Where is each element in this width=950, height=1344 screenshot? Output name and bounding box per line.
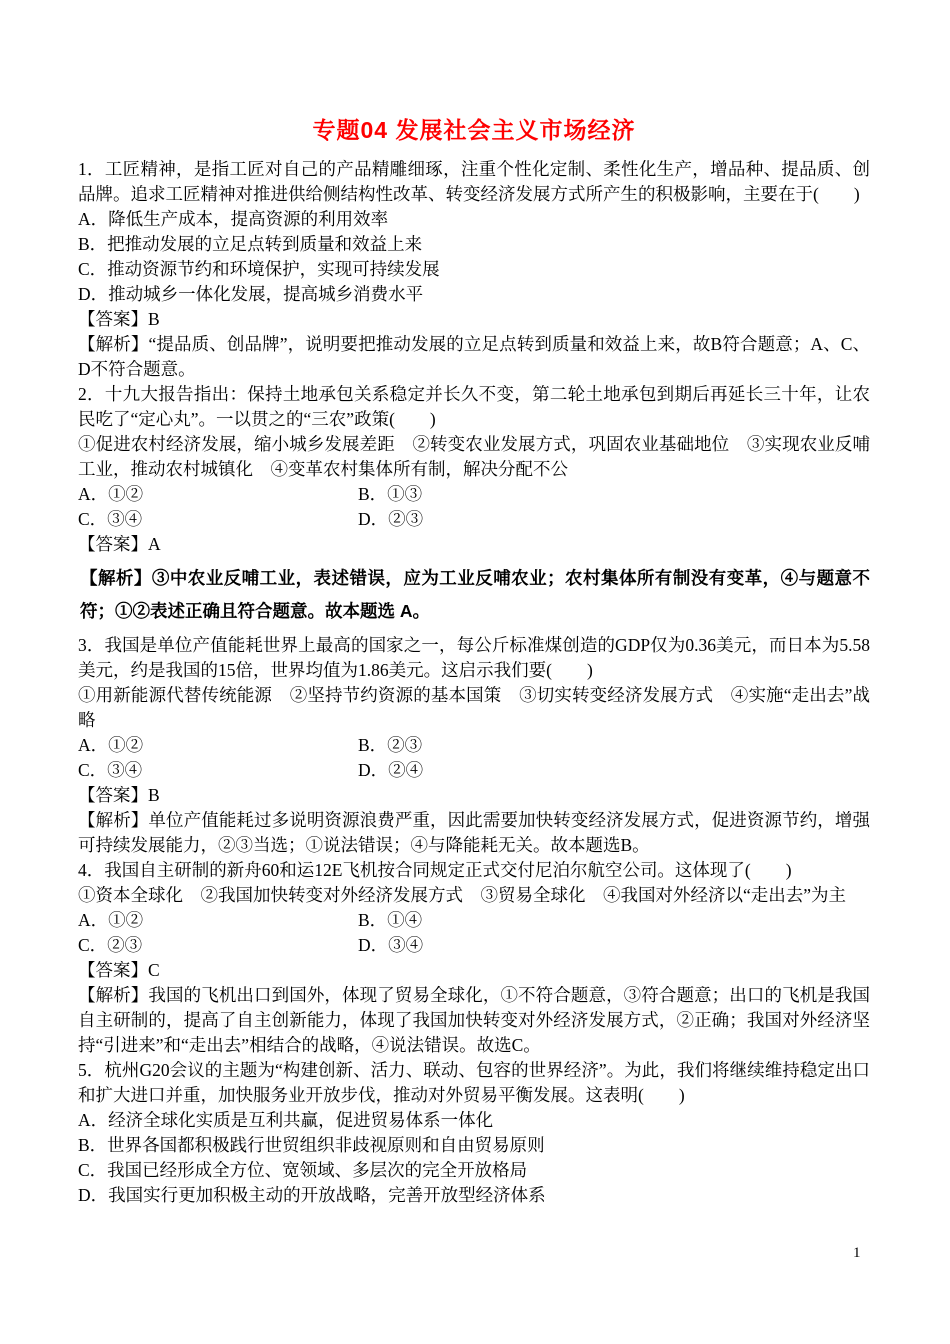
option-left: C．③④ bbox=[78, 758, 358, 783]
question-3: 3．我国是单位产值能耗世界上最高的国家之一，每公斤标准煤创造的GDP仅为0.36… bbox=[78, 633, 870, 858]
answer-line: 【答案】A bbox=[78, 532, 870, 557]
option-right: D．②③ bbox=[358, 507, 870, 532]
option-right: B．①④ bbox=[358, 908, 870, 933]
option-right: B．②③ bbox=[358, 733, 870, 758]
question-2: 2．十九大报告指出：保持土地承包关系稳定并长久不变，第二轮土地承包到期后再延长三… bbox=[78, 382, 870, 628]
question-stem: 1．工匠精神，是指工匠对自己的产品精雕细琢，注重个性化定制、柔性化生产，增品种、… bbox=[78, 157, 870, 207]
explanation-line: 【解析】我国的飞机出口到国外，体现了贸易全球化，①不符合题意，③符合题意；出口的… bbox=[78, 983, 870, 1058]
explanation-line: 【解析】单位产值能耗过多说明资源浪费严重，因此需要加快转变经济发展方式，促进资源… bbox=[78, 808, 870, 858]
option-pair-row: C．③④D．②④ bbox=[78, 758, 870, 783]
document-content: 专题04 发展社会主义市场经济 1．工匠精神，是指工匠对自己的产品精雕细琢，注重… bbox=[0, 0, 950, 1208]
question-stem: 3．我国是单位产值能耗世界上最高的国家之一，每公斤标准煤创造的GDP仅为0.36… bbox=[78, 633, 870, 683]
option-left: A．①② bbox=[78, 908, 358, 933]
option-pair-row: A．①②B．②③ bbox=[78, 733, 870, 758]
question-stem: ①资本全球化 ②我国加快转变对外经济发展方式 ③贸易全球化 ④我国对外经济以“走… bbox=[78, 883, 870, 908]
question-stem: ①用新能源代替传统能源 ②坚持节约资源的基本国策 ③切实转变经济发展方式 ④实施… bbox=[78, 683, 870, 733]
explanation-line: 【解析】③中农业反哺工业，表述错误，应为工业反哺农业；农村集体所有制没有变革，④… bbox=[80, 562, 870, 628]
option-line: B．把推动发展的立足点转到质量和效益上来 bbox=[78, 232, 870, 257]
document-page: 专题04 发展社会主义市场经济 1．工匠精神，是指工匠对自己的产品精雕细琢，注重… bbox=[0, 0, 950, 1344]
page-title: 专题04 发展社会主义市场经济 bbox=[78, 112, 870, 145]
option-line: A．经济全球化实质是互利共赢，促进贸易体系一体化 bbox=[78, 1108, 870, 1133]
option-line: C．推动资源节约和环境保护，实现可持续发展 bbox=[78, 257, 870, 282]
option-line: B．世界各国都积极践行世贸组织非歧视原则和自由贸易原则 bbox=[78, 1133, 870, 1158]
option-pair-row: C．③④D．②③ bbox=[78, 507, 870, 532]
question-stem: 5．杭州G20会议的主题为“构建创新、活力、联动、包容的世界经济”。为此，我们将… bbox=[78, 1058, 870, 1108]
option-line: D．推动城乡一体化发展，提高城乡消费水平 bbox=[78, 282, 870, 307]
option-pair-row: A．①②B．①③ bbox=[78, 482, 870, 507]
option-line: C．我国已经形成全方位、宽领域、多层次的完全开放格局 bbox=[78, 1158, 870, 1183]
question-stem: 4．我国自主研制的新舟60和运12E飞机按合同规定正式交付尼泊尔航空公司。这体现… bbox=[78, 858, 870, 883]
option-right: B．①③ bbox=[358, 482, 870, 507]
option-right: D．③④ bbox=[358, 933, 870, 958]
answer-line: 【答案】B bbox=[78, 307, 870, 332]
question-stem: 2．十九大报告指出：保持土地承包关系稳定并长久不变，第二轮土地承包到期后再延长三… bbox=[78, 382, 870, 432]
option-left: C．②③ bbox=[78, 933, 358, 958]
option-left: A．①② bbox=[78, 733, 358, 758]
option-pair-row: A．①②B．①④ bbox=[78, 908, 870, 933]
option-pair-row: C．②③D．③④ bbox=[78, 933, 870, 958]
page-number: 1 bbox=[853, 1243, 861, 1263]
option-left: C．③④ bbox=[78, 507, 358, 532]
answer-line: 【答案】B bbox=[78, 783, 870, 808]
option-line: D．我国实行更加积极主动的开放战略，完善开放型经济体系 bbox=[78, 1183, 870, 1208]
question-stem: ①促进农村经济发展，缩小城乡发展差距 ②转变农业发展方式，巩固农业基础地位 ③实… bbox=[78, 432, 870, 482]
question-4: 4．我国自主研制的新舟60和运12E飞机按合同规定正式交付尼泊尔航空公司。这体现… bbox=[78, 858, 870, 1058]
question-1: 1．工匠精神，是指工匠对自己的产品精雕细琢，注重个性化定制、柔性化生产，增品种、… bbox=[78, 157, 870, 382]
document-body: 1．工匠精神，是指工匠对自己的产品精雕细琢，注重个性化定制、柔性化生产，增品种、… bbox=[78, 157, 870, 1208]
answer-line: 【答案】C bbox=[78, 958, 870, 983]
question-5: 5．杭州G20会议的主题为“构建创新、活力、联动、包容的世界经济”。为此，我们将… bbox=[78, 1058, 870, 1208]
option-left: A．①② bbox=[78, 482, 358, 507]
option-line: A．降低生产成本，提高资源的利用效率 bbox=[78, 207, 870, 232]
option-right: D．②④ bbox=[358, 758, 870, 783]
explanation-line: 【解析】“提品质、创品牌”，说明要把推动发展的立足点转到质量和效益上来，故B符合… bbox=[78, 332, 870, 382]
